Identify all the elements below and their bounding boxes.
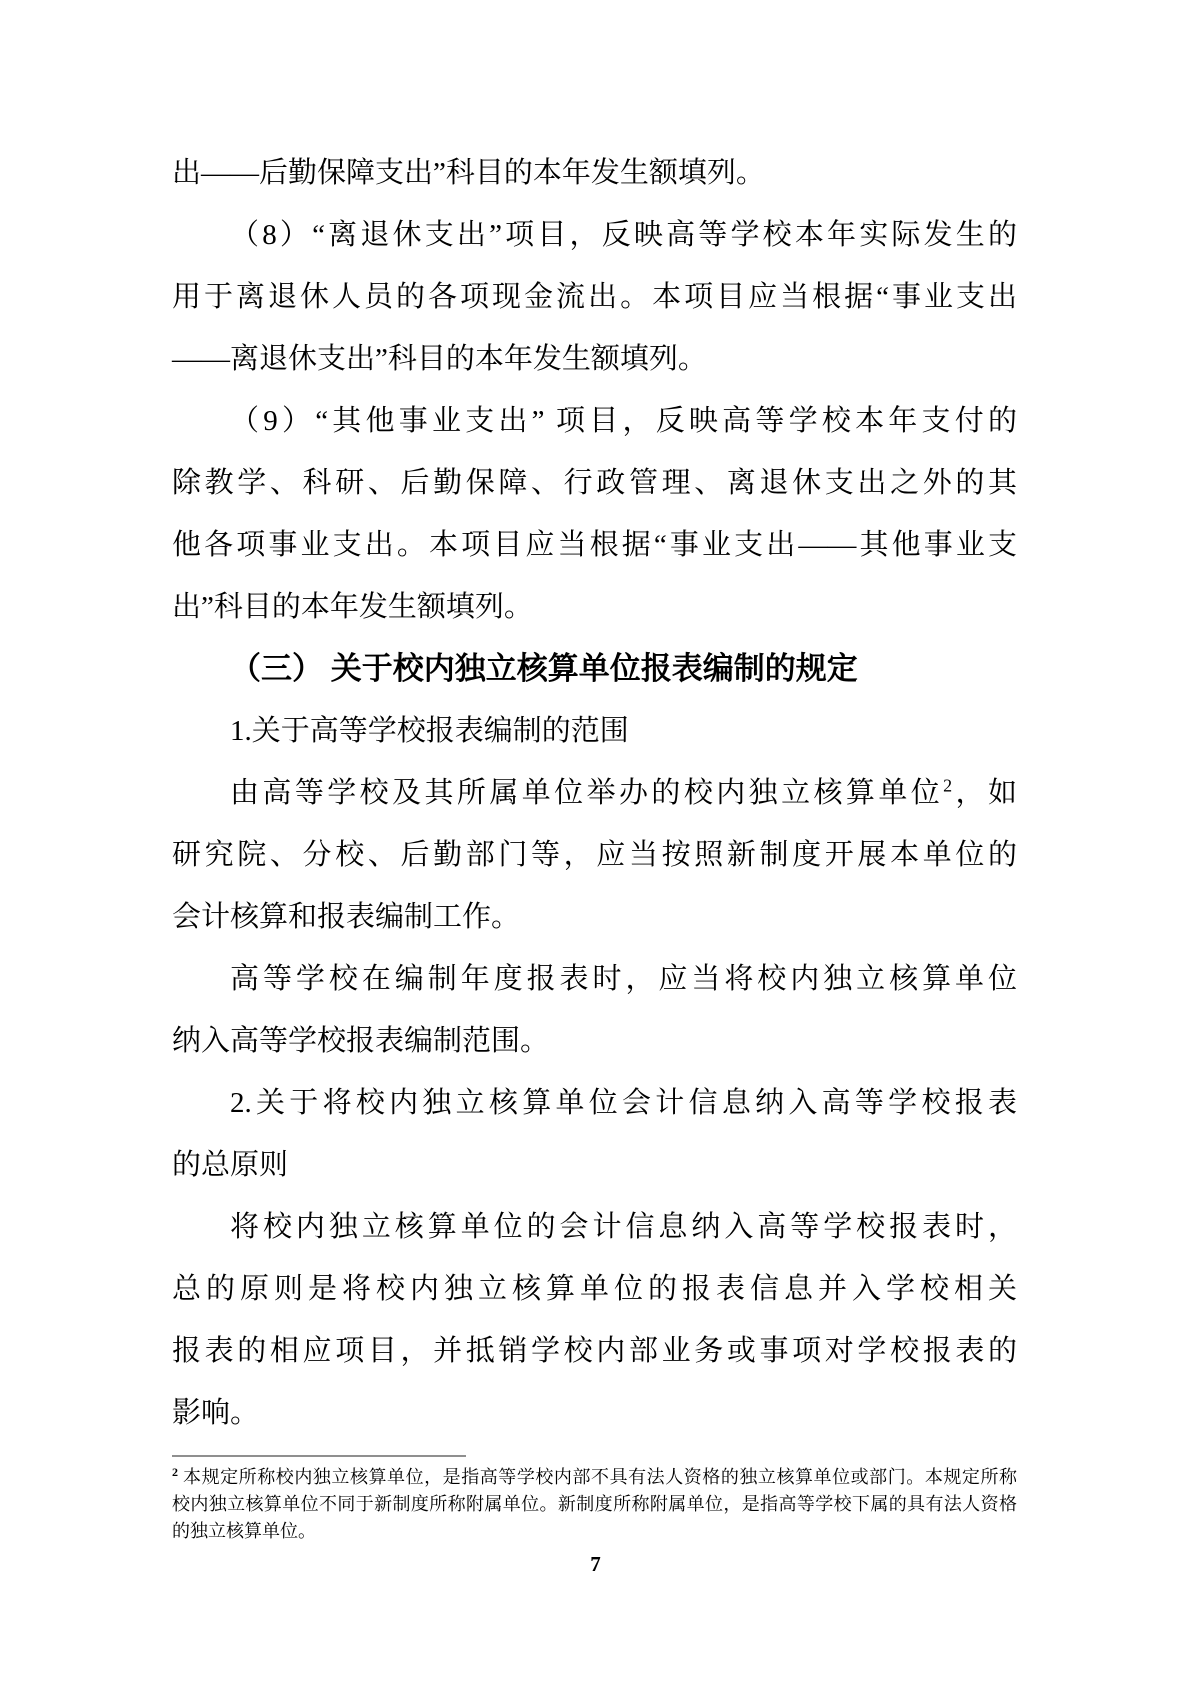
footnote-line: 2 本规定所称校内独立核算单位，是指高等学校内部不具有法人资格的独立核算单位或部… xyxy=(172,1464,1017,1491)
subsection-heading: 的总原则 xyxy=(172,1134,1017,1196)
body-line: 他各项事业支出。本项目应当根据“事业支出——其他事业支 xyxy=(172,514,1017,576)
body-line: 影响。 xyxy=(172,1382,1017,1444)
footnote-marker: 2 xyxy=(172,1465,178,1479)
page-number: 7 xyxy=(0,1552,1191,1577)
body-line: ——离退休支出”科目的本年发生额填列。 xyxy=(172,328,1017,390)
footnote: 2 本规定所称校内独立核算单位，是指高等学校内部不具有法人资格的独立核算单位或部… xyxy=(172,1464,1017,1545)
body-line: 由高等学校及其所属单位举办的校内独立核算单位2，如 xyxy=(172,762,1017,824)
body-line: 报表的相应项目，并抵销学校内部业务或事项对学校报表的 xyxy=(172,1320,1017,1382)
footnote-reference: 2 xyxy=(943,775,952,795)
body-line: 纳入高等学校报表编制范围。 xyxy=(172,1010,1017,1072)
footnote-line: 校内独立核算单位不同于新制度所称附属单位。新制度所称附属单位，是指高等学校下属的… xyxy=(172,1491,1017,1518)
subsection-heading: 1.关于高等学校报表编制的范围 xyxy=(172,700,1017,762)
body-line: 高等学校在编制年度报表时，应当将校内独立核算单位 xyxy=(172,948,1017,1010)
body-line: 用于离退休人员的各项现金流出。本项目应当根据“事业支出 xyxy=(172,266,1017,328)
document-page: 出——后勤保障支出”科目的本年发生额填列。 （8）“离退休支出”项目，反映高等学… xyxy=(0,0,1191,1684)
body-line: 研究院、分校、后勤部门等，应当按照新制度开展本单位的 xyxy=(172,824,1017,886)
body-line: 将校内独立核算单位的会计信息纳入高等学校报表时， xyxy=(172,1196,1017,1258)
body-line: 会计核算和报表编制工作。 xyxy=(172,886,1017,948)
body-line-text: 由高等学校及其所属单位举办的校内独立核算单位 xyxy=(230,777,943,809)
body-line: 出”科目的本年发生额填列。 xyxy=(172,576,1017,638)
footnote-line: 的独立核算单位。 xyxy=(172,1518,1017,1545)
footnote-separator xyxy=(172,1455,466,1457)
body-line: 除教学、科研、后勤保障、行政管理、离退休支出之外的其 xyxy=(172,452,1017,514)
body-line: （9）“其他事业支出” 项目，反映高等学校本年支付的 xyxy=(172,390,1017,452)
subsection-heading: 2.关于将校内独立核算单位会计信息纳入高等学校报表 xyxy=(172,1072,1017,1134)
section-heading: （三） 关于校内独立核算单位报表编制的规定 xyxy=(172,638,1017,700)
body-line: 出——后勤保障支出”科目的本年发生额填列。 xyxy=(172,142,1017,204)
footnote-text: 本规定所称校内独立核算单位，是指高等学校内部不具有法人资格的独立核算单位或部门。… xyxy=(183,1467,1017,1487)
document-body: 出——后勤保障支出”科目的本年发生额填列。 （8）“离退休支出”项目，反映高等学… xyxy=(172,142,1017,1444)
body-line-text: ，如 xyxy=(952,777,1017,809)
body-line: （8）“离退休支出”项目，反映高等学校本年实际发生的 xyxy=(172,204,1017,266)
body-line: 总的原则是将校内独立核算单位的报表信息并入学校相关 xyxy=(172,1258,1017,1320)
